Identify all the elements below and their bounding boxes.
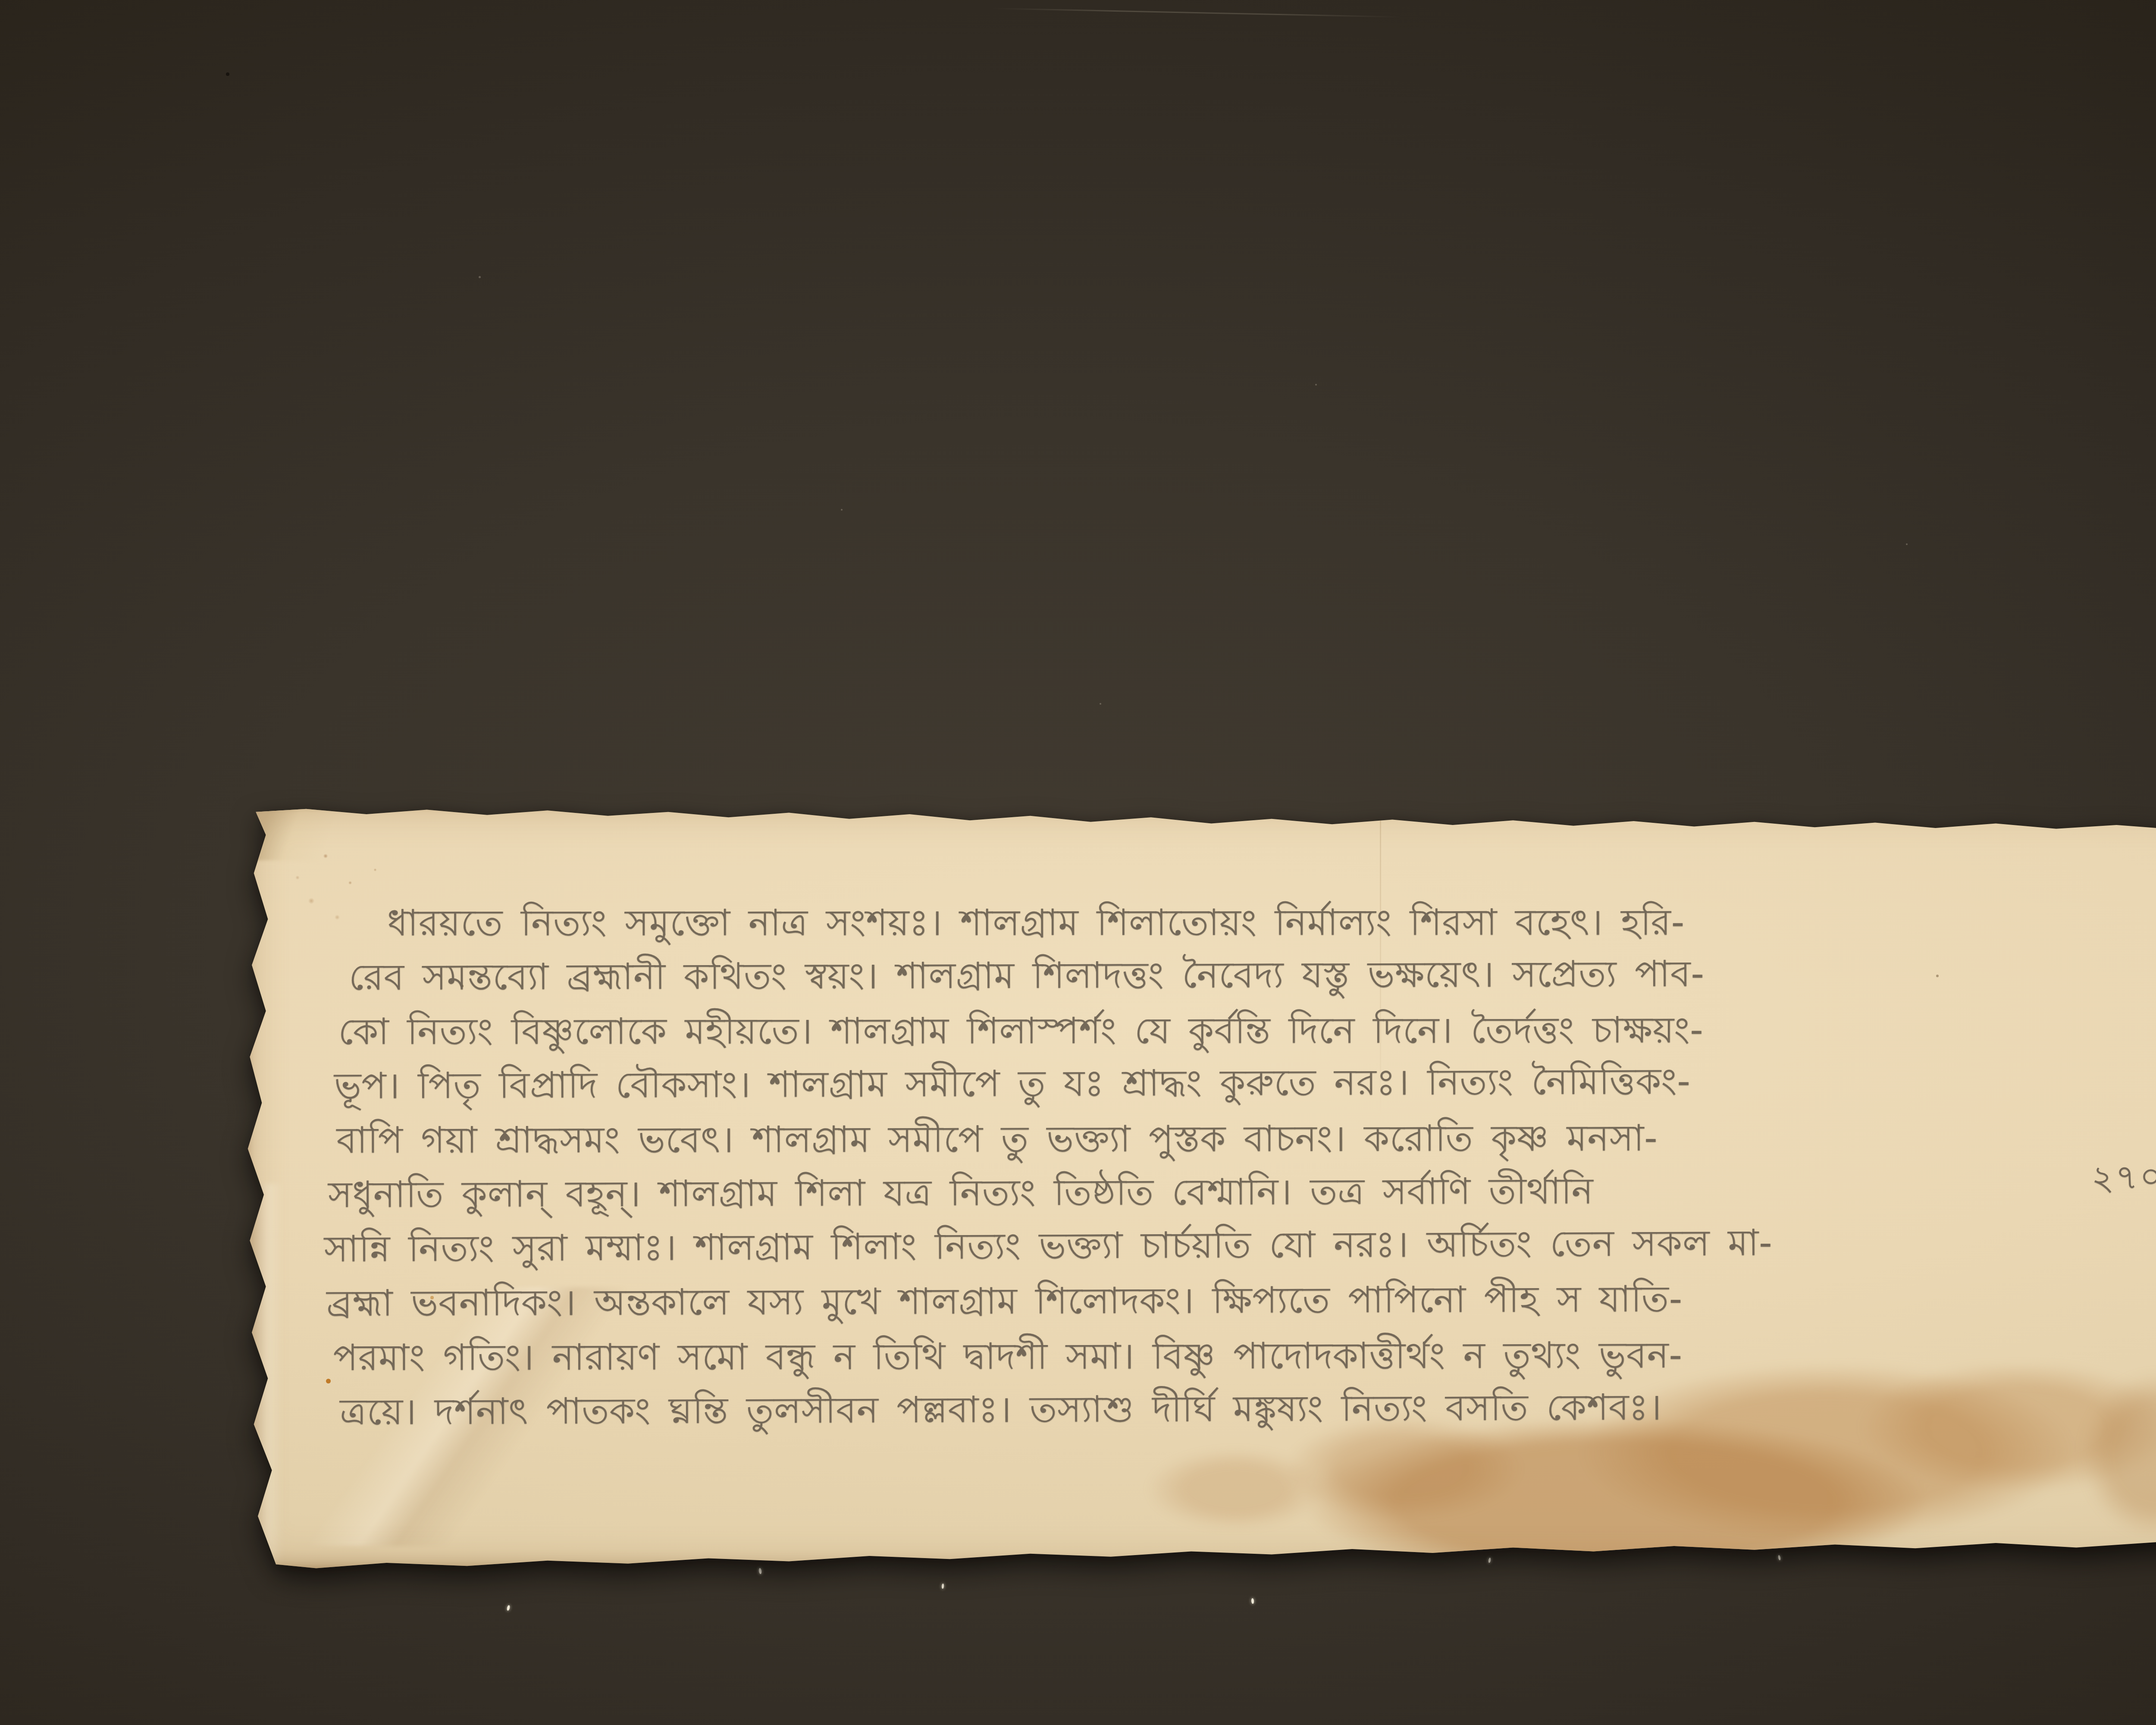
dust-speck (841, 509, 843, 511)
manuscript-line: বাপি গয়া শ্রাদ্ধসমং ভবেৎ। শালগ্রাম সমীপ… (323, 1110, 2100, 1167)
fiber-speck (941, 1584, 944, 1589)
photo-scene: ধারয়তে নিত্যং সমুক্তো নাত্র সংশয়ঃ। শাল… (0, 0, 2156, 1725)
manuscript-line: পরমাং গতিং। নারায়ণ সমো বন্ধু ন তিথি দ্ব… (325, 1327, 2101, 1385)
manuscript-page: ধারয়তে নিত্যং সমুক্তো নাত্র সংশয়ঃ। শাল… (246, 804, 2156, 1570)
backdrop-edge-highlight (992, 8, 1401, 18)
fiber-speck (507, 1605, 511, 1611)
manuscript-page-wrap: ধারয়তে নিত্যং সমুক্তো নাত্র সংশয়ঃ। শাল… (246, 804, 2156, 1570)
torn-corner-top-left (246, 804, 375, 860)
manuscript-line: ত্রয়ে। দর্শনাৎ পাতকং ঘ্নন্তি তুলসীবন পল… (325, 1378, 2101, 1439)
pinhole-speck (226, 72, 229, 76)
manuscript-line: ধারয়তে নিত্যং সমুক্তো নাত্র সংশয়ঃ। শাল… (323, 895, 2099, 950)
fiber-speck (1251, 1598, 1254, 1604)
manuscript-line: ভূপ। পিতৃ বিপ্রাদি বৌকসাং। শালগ্রাম সমীপ… (323, 1053, 2100, 1113)
manuscript-line: সান্নি নিত্যং সুরা মম্মাঃ। শালগ্রাম শিলা… (324, 1214, 2101, 1276)
manuscript-line: রেব সমন্তব্যো ব্রহ্মানী কথিতং স্বয়ং। শা… (323, 945, 2100, 1004)
dust-speck (1100, 703, 1101, 705)
dust-speck (1315, 384, 1317, 386)
handwritten-text-block: ধারয়তে নিত্যং সমুক্তো নাত্র সংশয়ঃ। শাল… (323, 888, 2101, 1439)
manuscript-line: সধুনাতি কুলান্ বহূন্। শালগ্রাম শিলা যত্র… (324, 1162, 2100, 1222)
folio-number: ২৭০ (2090, 1157, 2156, 1198)
dust-speck (479, 276, 481, 278)
dust-speck (1906, 543, 1908, 545)
manuscript-line: ব্রহ্মা ভবনাদিকং। অন্তকালে যস্য মুখে শাল… (324, 1270, 2101, 1330)
manuscript-line: কো নিত্যং বিষ্ণুলোকে মহীয়তে। শালগ্রাম শ… (323, 1002, 2100, 1059)
